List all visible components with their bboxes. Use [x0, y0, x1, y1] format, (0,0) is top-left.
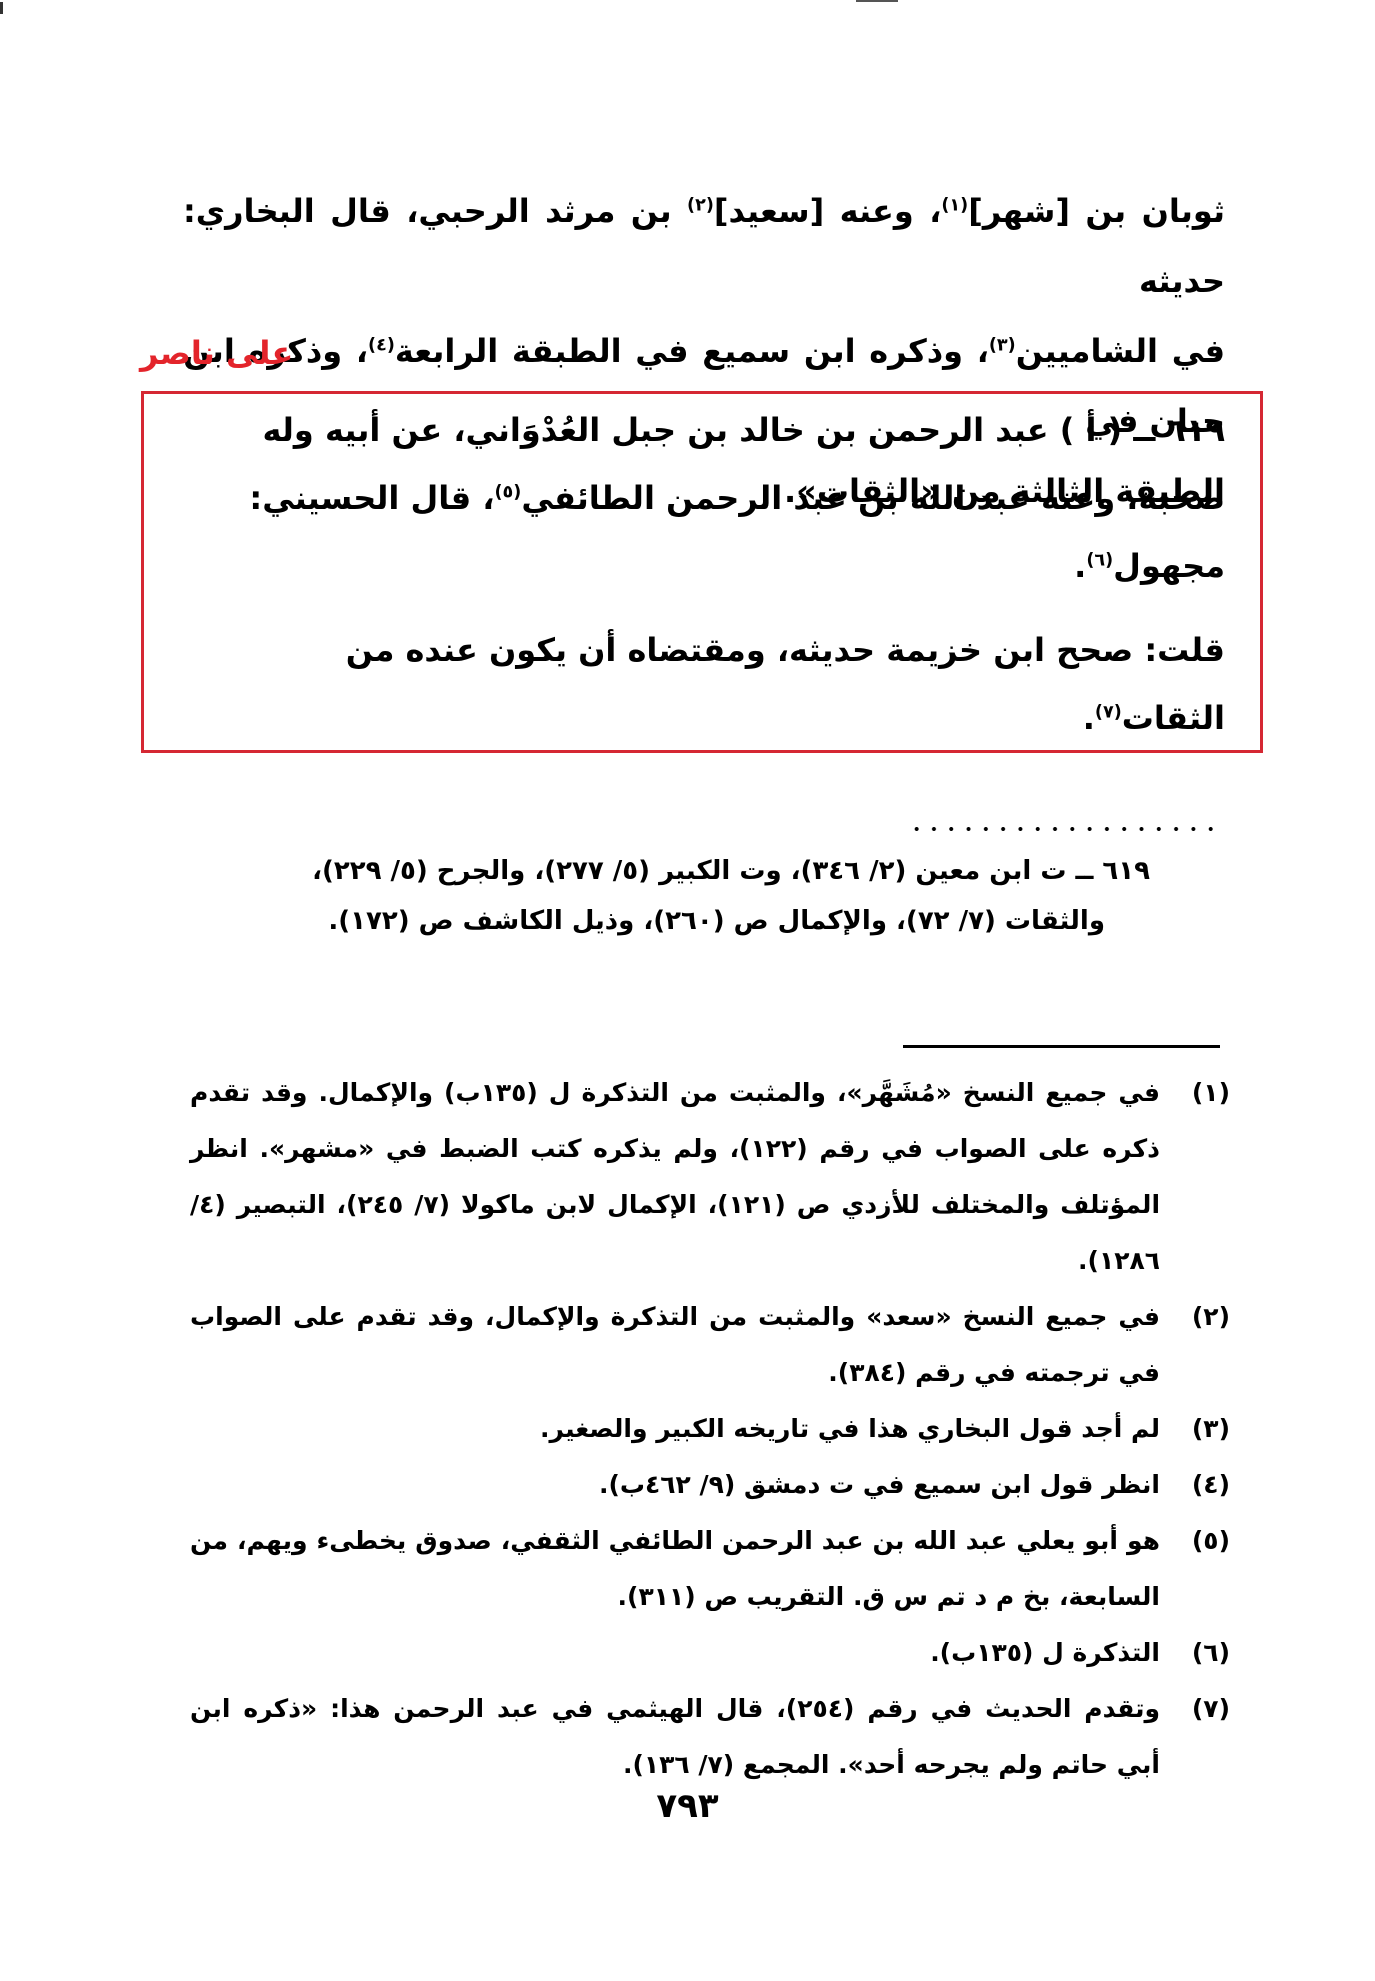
- footnote-number: (١): [1192, 1065, 1230, 1121]
- footnote-separator: [903, 1045, 1220, 1048]
- footnote-number: (٥): [1192, 1513, 1230, 1569]
- footnote-number: (٢): [1192, 1289, 1230, 1345]
- footnote-1: (١)في جميع النسخ «مُشَهَّر»، والمثبت من …: [190, 1065, 1230, 1289]
- footnote-text: هو أبو يعلي عبد الله بن عبد الرحمن الطائ…: [190, 1513, 1160, 1625]
- body-line-1: ثوبان بن [شهر](١)، وعنه [سعيد](٢) بن مرث…: [183, 176, 1225, 316]
- footnote-7: (٧)وتقدم الحديث في رقم (٢٥٤)، قال الهيثم…: [190, 1681, 1230, 1793]
- footnote-ref-1[interactable]: (١): [941, 195, 968, 215]
- footnote-text: في جميع النسخ «مُشَهَّر»، والمثبت من الت…: [190, 1065, 1160, 1289]
- footnote-ref-7[interactable]: (٧): [1095, 702, 1122, 722]
- footnote-text: انظر قول ابن سميع في ت دمشق (٩/ ٤٦٢ب).: [190, 1457, 1160, 1513]
- footnote-number: (٣): [1192, 1401, 1230, 1457]
- book-page: ثوبان بن [شهر](١)، وعنه [سعيد](٢) بن مرث…: [0, 0, 1375, 1981]
- dotted-divider: [908, 826, 1220, 832]
- footnote-6: (٦)التذكرة ل (١٣٥ب).: [190, 1625, 1230, 1681]
- entry-heading: ٦١٩ ــ ( أ ) عبد الرحمن بن خالد بن جبل ا…: [183, 396, 1225, 464]
- footnotes-list: (١)في جميع النسخ «مُشَهَّر»، والمثبت من …: [190, 1065, 1230, 1793]
- entry-line-3: مجهول(٦).: [183, 532, 1225, 600]
- sources-line-1: ٦١٩ ــ ت ابن معين (٢/ ٣٤٦)، وت الكبير (٥…: [205, 846, 1150, 896]
- footnote-text: وتقدم الحديث في رقم (٢٥٤)، قال الهيثمي ف…: [190, 1681, 1160, 1793]
- footnote-2: (٢)في جميع النسخ «سعد» والمثبت من التذكر…: [190, 1289, 1230, 1401]
- page-number: ٧٩٣: [0, 1786, 1375, 1826]
- footnote-number: (٧): [1192, 1681, 1230, 1737]
- scan-top-mark: [856, 0, 898, 2]
- scan-corner-mark: [0, 2, 3, 14]
- footnote-number: (٦): [1192, 1625, 1230, 1681]
- entry-line-2: صحبة، وعنه عبد الله بن عبد الرحمن الطائف…: [183, 464, 1225, 532]
- footnote-ref-6[interactable]: (٦): [1086, 550, 1113, 570]
- footnote-ref-5[interactable]: (٥): [494, 482, 521, 502]
- footnote-4: (٤)انظر قول ابن سميع في ت دمشق (٩/ ٤٦٢ب)…: [190, 1457, 1230, 1513]
- footnote-3: (٣)لم أجد قول البخاري هذا في تاريخه الكب…: [190, 1401, 1230, 1457]
- footnote-ref-2[interactable]: (٢): [687, 195, 714, 215]
- footnote-ref-4[interactable]: (٤): [368, 335, 395, 355]
- footnote-number: (٤): [1192, 1457, 1230, 1513]
- sources-line-2: والثقات (٧/ ٧٢)، والإكمال ص (٢٦٠)، وذيل …: [205, 896, 1150, 946]
- entry-sources: ٦١٩ ــ ت ابن معين (٢/ ٣٤٦)، وت الكبير (٥…: [205, 846, 1150, 946]
- footnote-5: (٥)هو أبو يعلي عبد الله بن عبد الرحمن ال…: [190, 1513, 1230, 1625]
- footnote-text: لم أجد قول البخاري هذا في تاريخه الكبير …: [190, 1401, 1160, 1457]
- note-line-1: قلت: صحح ابن خزيمة حديثه، ومقتضاه أن يكو…: [183, 616, 1225, 684]
- footnote-text: في جميع النسخ «سعد» والمثبت من التذكرة و…: [190, 1289, 1160, 1401]
- entry-619-note: قلت: صحح ابن خزيمة حديثه، ومقتضاه أن يكو…: [183, 616, 1225, 752]
- footnote-ref-3[interactable]: (٣): [989, 335, 1016, 355]
- watermark-label: على ناصر: [140, 334, 293, 372]
- footnote-text: التذكرة ل (١٣٥ب).: [190, 1625, 1160, 1681]
- note-line-2: الثقات(٧).: [183, 684, 1225, 752]
- entry-619: ٦١٩ ــ ( أ ) عبد الرحمن بن خالد بن جبل ا…: [183, 396, 1225, 600]
